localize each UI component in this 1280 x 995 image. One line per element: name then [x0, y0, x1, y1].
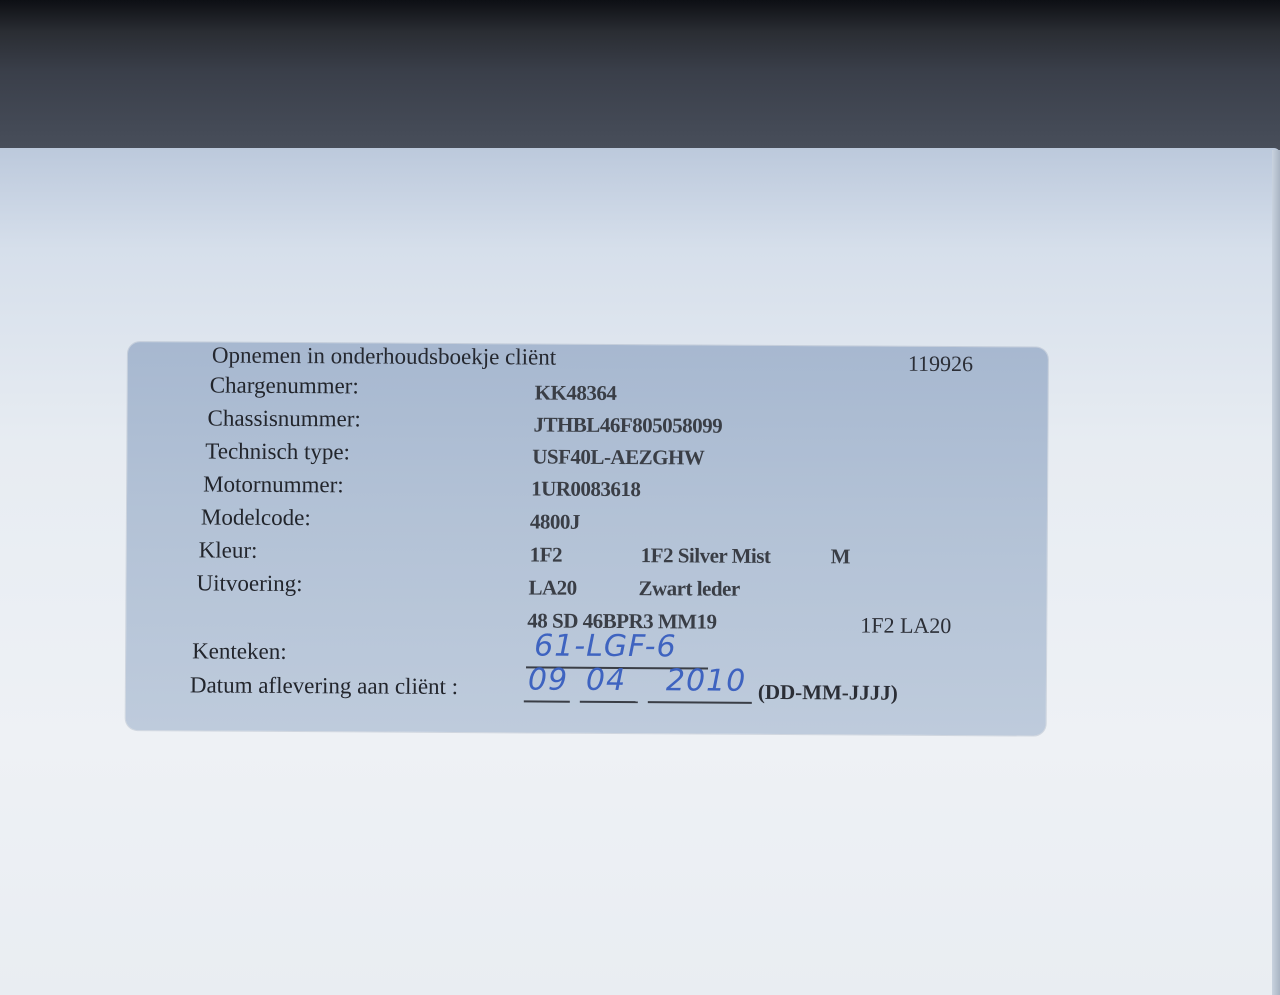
chassisnummer-label: Chassisnummer:: [207, 405, 360, 432]
delivery-date-label: Datum aflevering aan cliënt :: [190, 672, 458, 700]
chargenummer-value: KK48364: [535, 380, 617, 405]
chargenummer-label: Chargenummer:: [210, 373, 359, 400]
chassisnummer-value: JTHBL46F805058099: [533, 412, 722, 438]
kleur-value: 1F2: [530, 542, 562, 567]
technisch-type-label: Technisch type:: [205, 438, 350, 465]
modelcode-value: 4800J: [530, 509, 580, 534]
kleur-finish: M: [831, 544, 850, 569]
date-format-hint: (DD-MM-JJJJ): [758, 680, 898, 706]
delivery-year-handwritten: 2010: [666, 663, 747, 698]
dark-background: [0, 0, 1280, 160]
kleur-name: 1F2 Silver Mist: [641, 543, 771, 569]
reference-number: 119926: [908, 351, 973, 377]
modelcode-label: Modelcode:: [201, 504, 311, 531]
vehicle-info-sticker: Opnemen in onderhoudsboekje cliënt 11992…: [126, 342, 1048, 736]
uitvoering-description: Zwart leder: [638, 576, 739, 602]
month-underline: [580, 701, 638, 703]
kenteken-label: Kenteken:: [192, 638, 287, 665]
uitvoering-label: Uitvoering:: [196, 570, 302, 597]
day-underline: [524, 700, 570, 702]
uitvoering-value: LA20: [528, 575, 576, 600]
year-underline: [648, 701, 752, 704]
delivery-day-handwritten: 09: [528, 662, 568, 697]
kleur-label: Kleur:: [199, 537, 258, 563]
kenteken-handwritten: 61-LGF-6: [534, 628, 677, 664]
delivery-month-handwritten: 04: [586, 663, 626, 698]
sticker-header: Opnemen in onderhoudsboekje cliënt: [212, 343, 556, 371]
motornummer-label: Motornummer:: [203, 471, 344, 498]
paper-edge: [1272, 150, 1280, 995]
motornummer-value: 1UR0083618: [531, 476, 640, 502]
technisch-type-value: USF40L-AEZGHW: [532, 444, 704, 470]
options-code: 1F2 LA20: [860, 612, 951, 639]
